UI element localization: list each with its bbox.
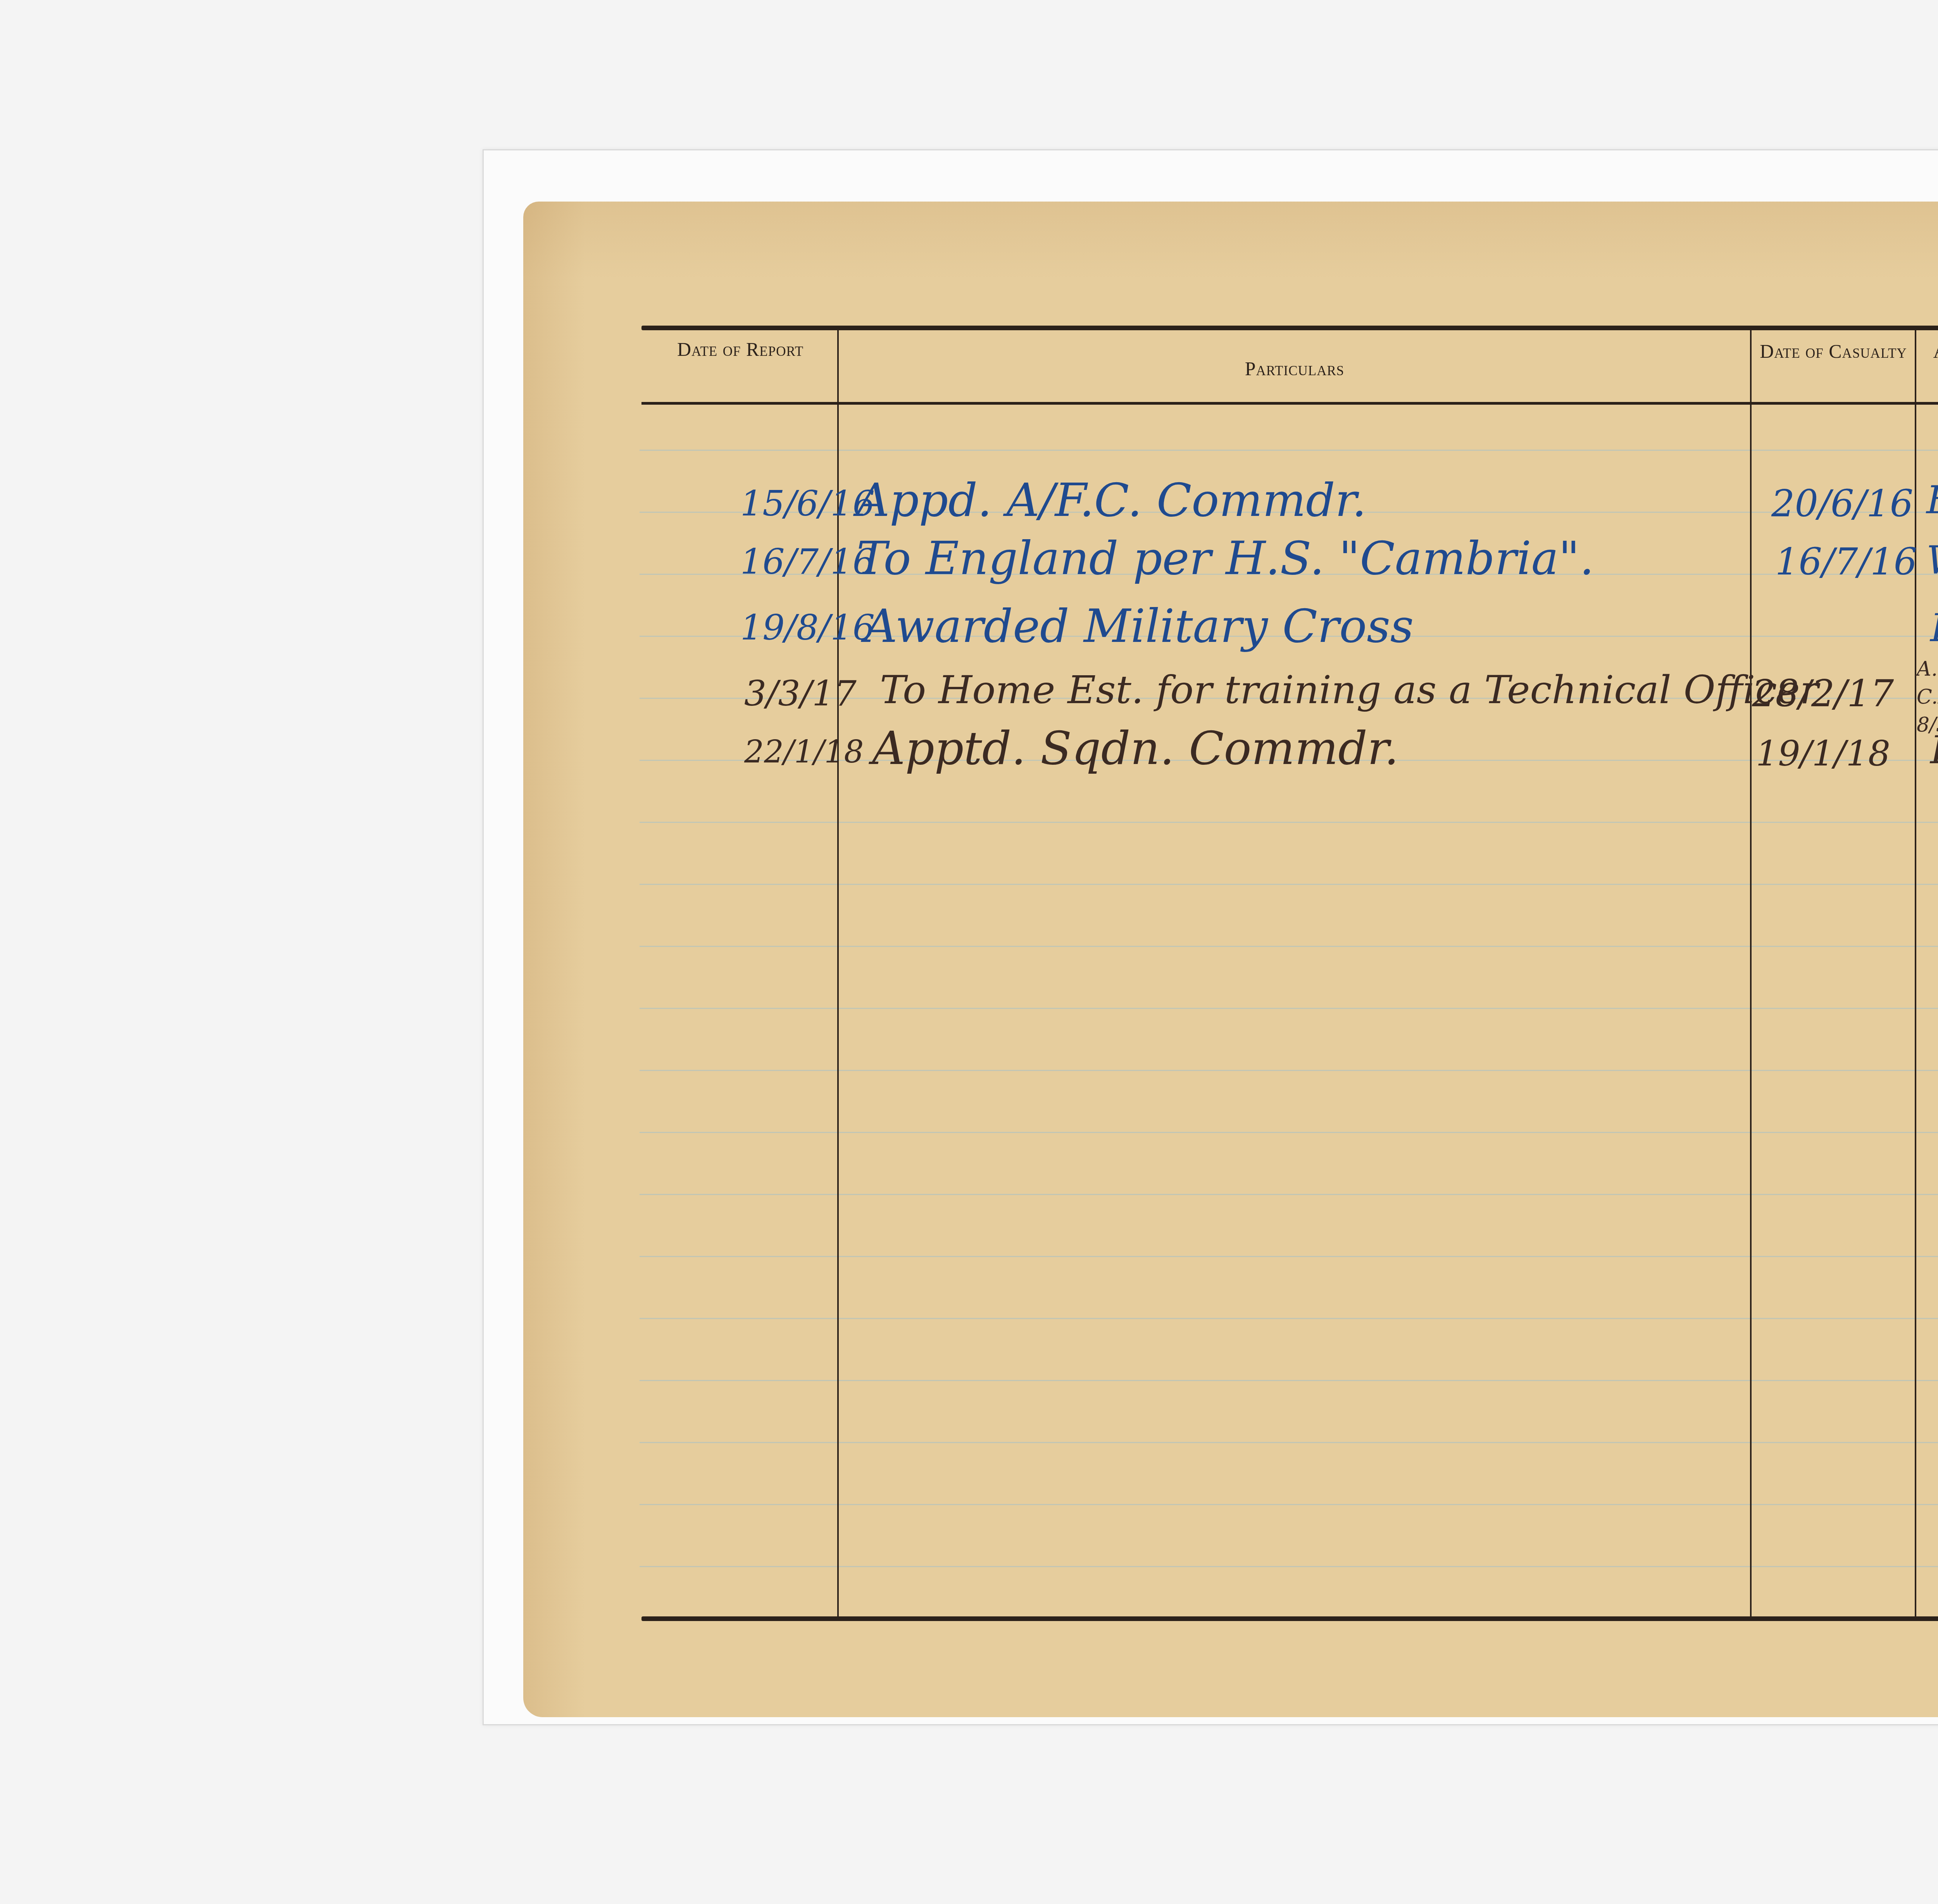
column-divider-3 [1915, 330, 1916, 1617]
row-3-date-of-report: 19/8/16 [740, 605, 875, 651]
row-4-particulars: To Home Est. for training as a Technical… [880, 667, 1818, 713]
header-date-of-report: Date of Report [651, 337, 829, 361]
header-particulars: Particulars [841, 357, 1748, 381]
header-bottom-rule [641, 402, 1938, 405]
header-top-rule [641, 326, 1938, 330]
row-4-date-of-casualty: 28/2/17 [1752, 671, 1894, 717]
row-4-authority: A.G.S.D./2050/3/170 C.R. 8174/1504 8/3/1… [1917, 655, 1938, 739]
row-1-authority: B213/1 Sqdn. [1926, 477, 1938, 523]
row-4-date-of-report: 3/3/17 [744, 671, 857, 717]
row-3-authority: L.G. [1930, 605, 1938, 651]
row-3-particulars: Awarded Military Cross [864, 603, 1414, 649]
row-5-date-of-casualty: 19/1/18 [1756, 731, 1890, 777]
row-1-date-of-casualty: 20/6/16 [1771, 481, 1913, 527]
row-1-date-of-report: 15/6/16 [740, 481, 875, 527]
row-5-particulars: Apptd. Sqdn. Commdr. [872, 725, 1399, 771]
row-1-particulars: Appd. A/F.C. Commdr. [857, 477, 1367, 523]
header-date-of-casualty: Date of Casualty [1754, 339, 1913, 363]
row-2-particulars: To England per H.S. "Cambria". [857, 535, 1594, 581]
row-2-date-of-report: 16/7/16 [740, 539, 875, 585]
row-2-authority: W3083. [1926, 537, 1938, 583]
table-bottom-rule [641, 1616, 1938, 1621]
header-authority: Authority and from whom received [1919, 339, 1938, 387]
column-divider-2 [1750, 330, 1752, 1617]
row-2-date-of-casualty: 16/7/16 [1775, 539, 1917, 585]
record-sheet [523, 202, 1938, 1717]
row-5-date-of-report: 22/1/18 [744, 729, 864, 775]
row-5-authority: L.G. [1930, 727, 1938, 773]
